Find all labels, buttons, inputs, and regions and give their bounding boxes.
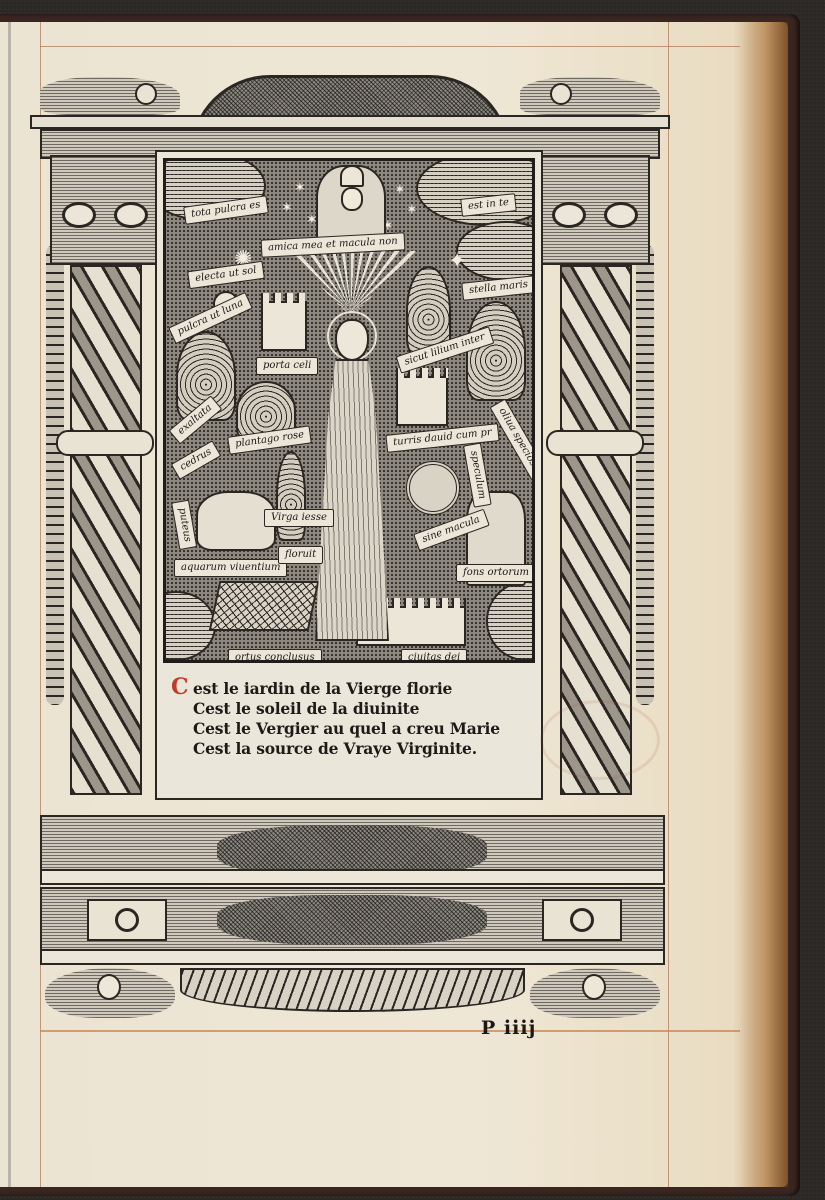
capital-left — [50, 155, 160, 265]
pillar-left — [50, 155, 160, 795]
scroll-speculum: speculum — [463, 443, 492, 508]
ruling-line-top — [40, 46, 740, 47]
pillar-band-left — [56, 430, 154, 456]
garland-right-icon — [636, 245, 654, 705]
rubricated-initial: C — [171, 677, 188, 697]
star-icon: ✶ — [406, 203, 418, 217]
plinth — [40, 795, 665, 965]
ring-panel-right — [542, 899, 622, 941]
star-icon: ✶ — [281, 201, 293, 215]
scroll-fons-ortorum: fons ortorum — [456, 564, 535, 582]
verse-line-3: Cest le Vergier au quel a creu Marie — [177, 719, 537, 739]
page-edge-foxing — [740, 22, 788, 1187]
scroll-electa-ut-sol: electa ut sol — [187, 261, 265, 289]
pillar-right — [540, 155, 650, 795]
scroll-cedrus: cedrus — [171, 440, 222, 480]
winged-head-right-icon — [530, 968, 660, 1018]
star-of-sea-icon: ✦ — [448, 251, 466, 273]
scroll-stella-maris: stella maris — [461, 275, 535, 301]
litany-woodcut-scene: ✶ ✶ ✶ ✶ ✶ ✶ ✺ ✦ tota pulcra es est in te — [163, 158, 535, 663]
cherub-left-icon — [40, 77, 180, 115]
cloud-icon — [486, 581, 535, 661]
scroll-virga-jesse: Virga iesse — [264, 509, 334, 527]
verse-line-4: Cest la source de Vraye Virginite. — [177, 739, 537, 759]
show-through-stain — [540, 700, 660, 780]
cloud-icon — [456, 221, 535, 281]
mirror-icon — [406, 461, 460, 515]
garland-left-icon — [46, 245, 64, 705]
cloud-icon — [163, 591, 216, 661]
cherub-right-icon — [520, 77, 660, 115]
ring-icon — [115, 908, 139, 932]
winged-head-left-icon — [45, 968, 175, 1018]
scroll-aquarum-viventium: aquarum viuentium — [174, 559, 287, 577]
ruling-line-bottom — [40, 1030, 740, 1032]
scroll-civitas-dei: ciuitas dei — [401, 649, 467, 663]
verse-line-2: Cest le soleil de la diuinite — [177, 699, 537, 719]
french-verse: C est le iardin de la Vierge florie Cest… — [177, 679, 537, 759]
cornice — [30, 115, 670, 129]
frieze-bottom — [40, 968, 665, 1023]
tower-porta-celi-icon — [261, 301, 307, 351]
star-icon: ✶ — [294, 181, 306, 195]
tower-of-david-icon — [396, 376, 448, 426]
verse-line-1: est le iardin de la Vierge florie — [177, 679, 537, 699]
virgin-mary-figure — [309, 311, 395, 641]
central-panel: ✶ ✶ ✶ ✶ ✶ ✶ ✺ ✦ tota pulcra es est in te — [155, 150, 543, 800]
twisted-shaft-left — [70, 265, 142, 795]
laurel-swag-icon — [180, 968, 525, 1012]
ring-icon — [570, 908, 594, 932]
scroll-ortus-conclusus: ortus conclusus — [228, 649, 322, 663]
ring-panel-left — [87, 899, 167, 941]
scroll-puteus: puteus — [171, 500, 197, 551]
cloud-icon — [416, 158, 535, 226]
capital-right — [540, 155, 650, 265]
plinth-lower — [40, 887, 665, 965]
star-icon: ✶ — [394, 183, 406, 197]
scroll-turris-david: turris dauid cum pr — [385, 423, 499, 453]
scroll-porta-celi: porta celi — [256, 357, 318, 375]
pediment — [30, 75, 670, 155]
plinth-upper — [40, 815, 665, 885]
scroll-floruit: floruit — [278, 546, 323, 564]
olive-tree-icon — [466, 301, 526, 401]
signature-mark: P iiij — [481, 1017, 536, 1039]
pillar-band-right — [546, 430, 644, 456]
gutter-edge — [8, 22, 11, 1187]
enclosed-garden-icon — [209, 581, 320, 631]
rod-of-jesse-icon — [276, 451, 306, 541]
ribbon-garland-icon — [217, 895, 487, 945]
